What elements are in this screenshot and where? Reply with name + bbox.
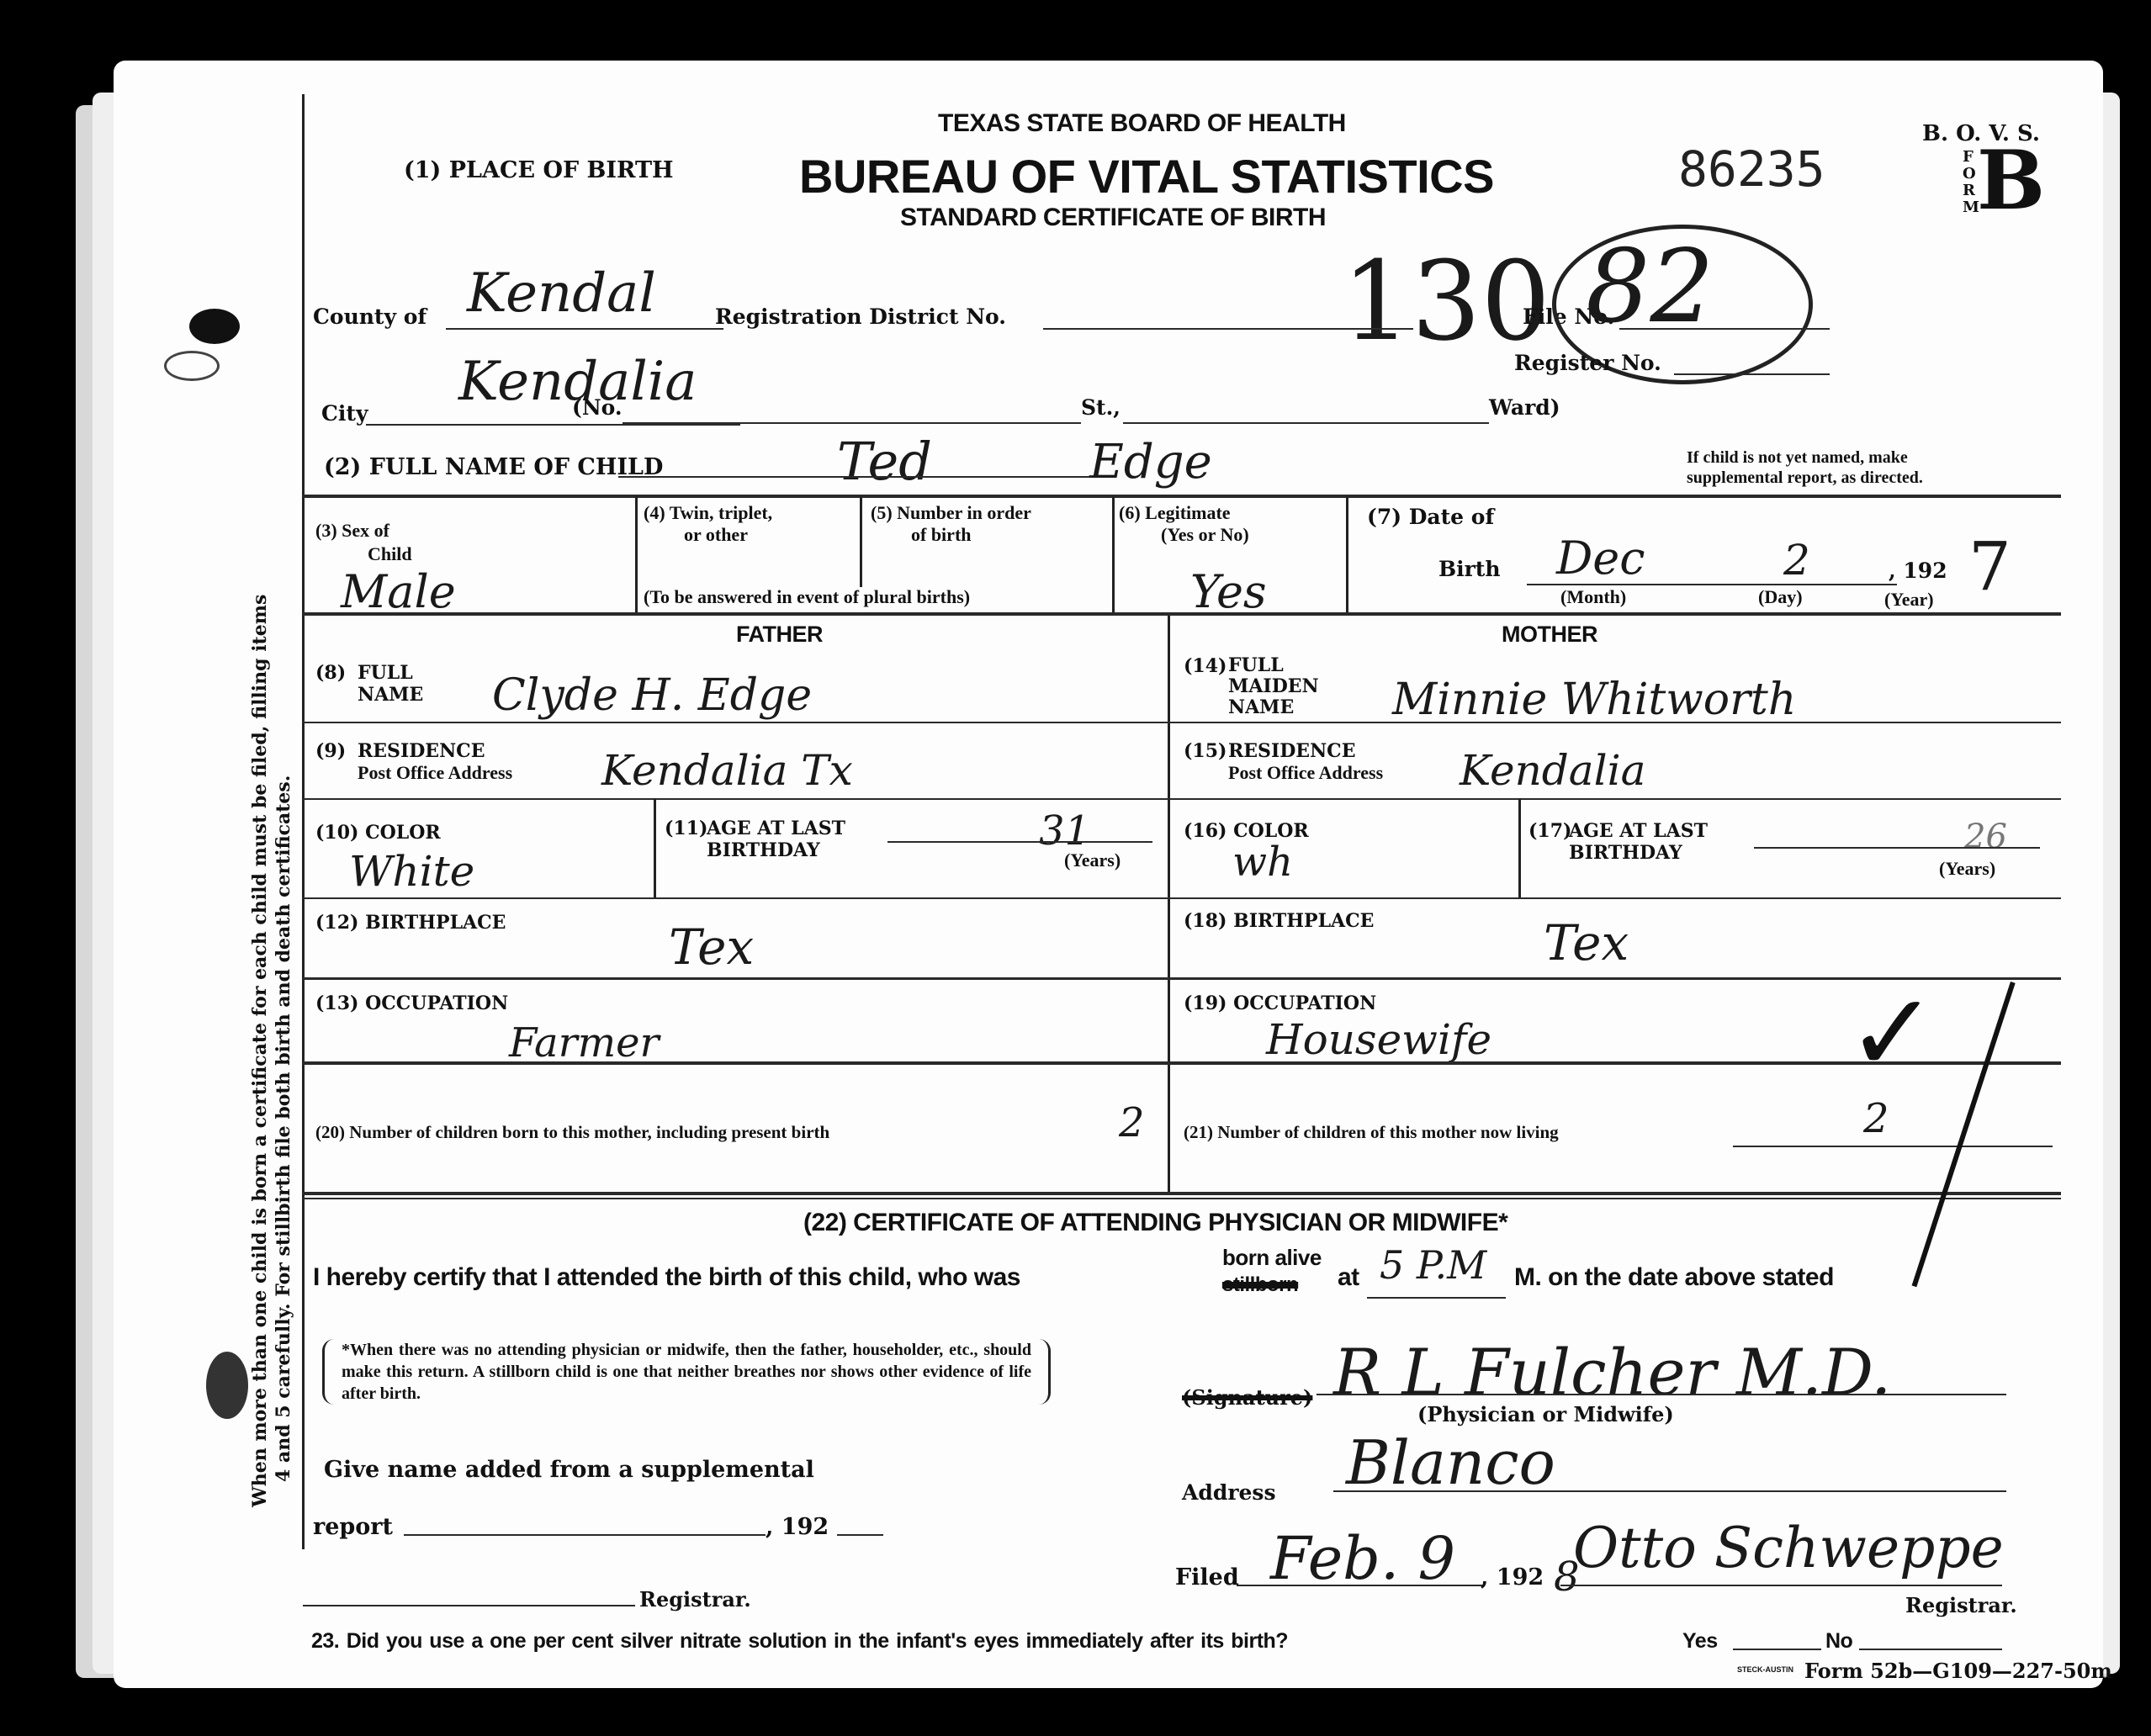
mother-occupation-label: (19) OCCUPATION bbox=[1184, 992, 1376, 1014]
father-occupation-value: Farmer bbox=[509, 1019, 659, 1066]
form-letter: B bbox=[1977, 140, 2045, 221]
certificate-subtitle: STANDARD CERTIFICATE OF BIRTH bbox=[900, 204, 1326, 232]
child-name-note: If child is not yet named, make suppleme… bbox=[1687, 447, 1989, 488]
order-label: (5) Number in order of birth bbox=[871, 502, 1031, 546]
father-res-value: Kendalia Tx bbox=[601, 746, 853, 795]
father-age-value: 31 bbox=[1039, 807, 1090, 855]
father-name-label-line1: FULL bbox=[358, 662, 423, 684]
city-label: City bbox=[321, 401, 368, 426]
father-birthplace-value: Tex bbox=[669, 918, 754, 976]
mother-name-num: (14) bbox=[1184, 655, 1226, 677]
question-23-yes-line bbox=[1733, 1649, 1821, 1650]
children-born-label: (20) Number of children born to this mot… bbox=[315, 1122, 829, 1143]
report-year-line bbox=[837, 1534, 883, 1536]
year-caption: (Year) bbox=[1884, 589, 1934, 611]
certificate-heading: (22) CERTIFICATE OF ATTENDING PHYSICIAN … bbox=[803, 1209, 1507, 1237]
county-label: County of bbox=[313, 304, 426, 329]
mother-res-label-line2: Post Office Address bbox=[1228, 762, 1383, 784]
street-no-line bbox=[623, 422, 1081, 424]
child-first-name: Ted bbox=[837, 431, 932, 492]
mother-name-label: FULL MAIDEN NAME bbox=[1228, 655, 1319, 718]
address-label: Address bbox=[1182, 1480, 1276, 1505]
father-rule-3 bbox=[303, 897, 1169, 899]
father-name-value: Clyde H. Edge bbox=[492, 670, 812, 721]
father-age-label-line2: BIRTHDAY bbox=[707, 839, 845, 861]
child-name-line bbox=[618, 476, 1089, 478]
county-value: Kendal bbox=[467, 262, 656, 325]
district-value: 130 bbox=[1342, 237, 1550, 365]
question-23: 23. Did you use a one per cent silver ni… bbox=[311, 1629, 1288, 1654]
children-rule-2 bbox=[303, 1198, 2061, 1199]
form-vertical-label: FORM bbox=[1963, 149, 1978, 216]
children-born-value: 2 bbox=[1119, 1099, 1145, 1146]
mother-name-label-line3: NAME bbox=[1228, 697, 1319, 718]
divider-4-5 bbox=[860, 496, 862, 587]
dob-birth-label: Birth bbox=[1438, 557, 1501, 581]
registrar-sig-line bbox=[1560, 1585, 2002, 1586]
question-23-yes-label: Yes bbox=[1682, 1629, 1718, 1654]
question-23-no-label: No bbox=[1825, 1629, 1852, 1654]
sex-label-line2: Child bbox=[315, 542, 412, 566]
mother-rule-1 bbox=[1169, 722, 2061, 723]
address-line bbox=[1333, 1490, 2006, 1492]
register-label: Register No. bbox=[1514, 351, 1661, 375]
father-age-label: AGE AT LAST BIRTHDAY bbox=[707, 818, 845, 861]
mother-rule-2 bbox=[1169, 798, 2061, 800]
physician-signature: R L Fulcher M.D. bbox=[1333, 1335, 1891, 1410]
day-caption: (Day) bbox=[1758, 586, 1803, 608]
father-age-num: (11) bbox=[665, 818, 707, 839]
margin-note-line1: When more than one child is born a certi… bbox=[248, 330, 272, 1507]
mother-age-label-line1: AGE AT LAST bbox=[1569, 820, 1708, 842]
father-color-value: White bbox=[349, 847, 474, 896]
children-living-label: (21) Number of children of this mother n… bbox=[1184, 1122, 1559, 1143]
child-last-name: Edge bbox=[1089, 435, 1212, 490]
mother-years-caption: (Years) bbox=[1939, 858, 1995, 880]
registrar-right-label: Registrar. bbox=[1905, 1593, 2017, 1617]
dob-year-prefix: , 192 bbox=[1889, 558, 1947, 583]
divider-5-6 bbox=[1112, 496, 1115, 612]
district-label: Registration District No. bbox=[715, 304, 1006, 329]
signature-label-struck: (Signature) bbox=[1182, 1385, 1312, 1410]
punch-hole-top bbox=[189, 309, 240, 344]
filed-date: Feb. 9 bbox=[1270, 1524, 1455, 1593]
sex-label-line1: (3) Sex of bbox=[315, 519, 412, 542]
twin-label-line1: (4) Twin, triplet, bbox=[644, 502, 772, 524]
father-age-label-line1: AGE AT LAST bbox=[707, 818, 845, 839]
county-line bbox=[446, 328, 723, 330]
father-heading: FATHER bbox=[736, 622, 823, 648]
mother-birthplace-label: (18) BIRTHPLACE bbox=[1184, 910, 1374, 932]
born-alive-option: born alive bbox=[1222, 1245, 1322, 1271]
father-res-num: (9) bbox=[315, 740, 346, 762]
father-rule-1 bbox=[303, 722, 1169, 723]
dob-line bbox=[1527, 584, 1897, 585]
father-name-num: (8) bbox=[315, 662, 346, 684]
ward-label: Ward) bbox=[1489, 395, 1560, 420]
birth-certificate: When more than one child is born a certi… bbox=[114, 61, 2103, 1688]
report-year: , 192 bbox=[766, 1514, 829, 1540]
child-name-label: (2) FULL NAME OF CHILD bbox=[324, 454, 663, 480]
after-time-text: M. on the date above stated bbox=[1514, 1263, 1834, 1292]
legitimate-label-line2: (Yes or No) bbox=[1119, 524, 1249, 546]
stillborn-option-struck: stillborn bbox=[1222, 1273, 1298, 1297]
city-line bbox=[366, 424, 740, 426]
father-name-label: FULL NAME bbox=[358, 662, 423, 706]
mother-occupation-value: Housewife bbox=[1266, 1015, 1491, 1064]
birth-time-value: 5 P.M bbox=[1380, 1242, 1486, 1288]
mother-rule-3 bbox=[1169, 897, 2061, 899]
dob-day: 2 bbox=[1783, 536, 1810, 585]
order-label-line1: (5) Number in order bbox=[871, 502, 1031, 524]
father-res-label-line1: RESIDENCE bbox=[358, 740, 512, 762]
punch-hole-top-outline bbox=[164, 351, 220, 381]
parents-divider bbox=[1168, 616, 1170, 1192]
dob-year-digit: 7 bbox=[1968, 527, 2011, 606]
street-line bbox=[1123, 422, 1489, 424]
register-line bbox=[1674, 373, 1830, 375]
place-of-birth-label: (1) PLACE OF BIRTH bbox=[404, 157, 674, 183]
footnote-box: *When there was no attending physician o… bbox=[322, 1339, 1051, 1405]
divider-3-4 bbox=[635, 496, 638, 612]
children-living-line bbox=[1733, 1146, 2053, 1147]
margin-note: When more than one child is born a certi… bbox=[248, 330, 295, 1507]
filed-label: Filed bbox=[1175, 1564, 1239, 1590]
mother-age-label-line2: BIRTHDAY bbox=[1569, 842, 1708, 864]
at-label: at bbox=[1338, 1263, 1359, 1292]
mother-res-label-line1: RESIDENCE bbox=[1228, 740, 1383, 762]
father-years-caption: (Years) bbox=[1064, 849, 1121, 871]
twin-label: (4) Twin, triplet, or other bbox=[644, 502, 772, 546]
plural-births-note: (To be answered in event of plural birth… bbox=[644, 586, 970, 608]
mother-age-num: (17) bbox=[1528, 820, 1571, 842]
father-rule-4 bbox=[303, 977, 1169, 980]
mother-res-num: (15) bbox=[1184, 740, 1226, 762]
board-title: TEXAS STATE BOARD OF HEALTH bbox=[938, 109, 1346, 138]
street-no-label: (No. bbox=[572, 395, 623, 420]
check-mark: ✓ bbox=[1846, 969, 1938, 1097]
report-line bbox=[404, 1534, 766, 1536]
father-res-label-line2: Post Office Address bbox=[358, 762, 512, 784]
father-color-age-divider bbox=[654, 798, 656, 897]
order-label-line2: of birth bbox=[871, 524, 1031, 546]
supplemental-label: Give name added from a supplemental bbox=[324, 1457, 814, 1483]
mother-age-line bbox=[1754, 847, 2040, 849]
legitimate-label: (6) Legitimate (Yes or No) bbox=[1119, 502, 1249, 546]
certificate-statement: I hereby certify that I attended the bir… bbox=[313, 1263, 1020, 1292]
legitimate-value: Yes bbox=[1190, 565, 1267, 618]
father-birthplace-label: (12) BIRTHPLACE bbox=[315, 912, 506, 934]
registrar-left-label: Registrar. bbox=[639, 1587, 751, 1612]
filed-year-prefix: , 192 bbox=[1481, 1564, 1544, 1590]
month-caption: (Month) bbox=[1560, 586, 1626, 608]
father-name-label-line2: NAME bbox=[358, 684, 423, 706]
street-label: St., bbox=[1081, 395, 1121, 420]
dob-label: (7) Date of bbox=[1367, 505, 1494, 529]
question-23-no-line bbox=[1859, 1649, 2002, 1650]
mother-res-label: RESIDENCE Post Office Address bbox=[1228, 740, 1383, 784]
signature-line bbox=[1317, 1394, 2006, 1395]
legitimate-label-line1: (6) Legitimate bbox=[1119, 502, 1249, 524]
district-line bbox=[1043, 328, 1413, 330]
divider-6-7 bbox=[1346, 496, 1348, 612]
physician-address: Blanco bbox=[1346, 1427, 1555, 1498]
bureau-title: BUREAU OF VITAL STATISTICS bbox=[799, 149, 1494, 204]
mother-name-label-line2: MAIDEN bbox=[1228, 676, 1319, 697]
file-line bbox=[1619, 328, 1830, 330]
table-rule-2 bbox=[303, 612, 2061, 616]
mother-birthplace-value: Tex bbox=[1544, 914, 1629, 971]
father-occupation-label: (13) OCCUPATION bbox=[315, 992, 508, 1014]
mother-heading: MOTHER bbox=[1502, 622, 1597, 648]
footnote-text: *When there was no attending physician o… bbox=[342, 1339, 1031, 1405]
margin-note-line2: 4 and 5 carefully. For stillbirth file b… bbox=[272, 330, 295, 1507]
physician-caption: (Physician or Midwife) bbox=[1417, 1402, 1674, 1426]
twin-label-line2: or other bbox=[644, 524, 772, 546]
father-color-label: (10) COLOR bbox=[315, 822, 441, 844]
mother-age-value: 26 bbox=[1964, 818, 2007, 856]
mother-res-value: Kendalia bbox=[1460, 746, 1645, 795]
punch-hole-bottom bbox=[206, 1352, 248, 1419]
registrar-signature: Otto Schweppe bbox=[1573, 1516, 2004, 1580]
sex-value: Male bbox=[341, 565, 456, 618]
mother-color-value: wh bbox=[1232, 839, 1293, 886]
father-rule-2 bbox=[303, 798, 1169, 800]
dob-month: Dec bbox=[1556, 532, 1645, 585]
filed-line bbox=[1237, 1585, 1485, 1586]
father-res-label: RESIDENCE Post Office Address bbox=[358, 740, 512, 784]
printer-imprint: STECK-AUSTIN bbox=[1737, 1665, 1793, 1674]
left-border-rule bbox=[302, 94, 305, 1549]
certificate-number: 86235 bbox=[1678, 140, 1825, 198]
mother-age-label: AGE AT LAST BIRTHDAY bbox=[1569, 820, 1708, 864]
father-age-line bbox=[887, 841, 1152, 843]
mother-name-value: Minnie Whitworth bbox=[1392, 675, 1796, 725]
report-label: report bbox=[313, 1514, 393, 1540]
sex-label: (3) Sex of Child bbox=[315, 519, 412, 566]
form-code: Form 52b—G109—227-50m bbox=[1804, 1659, 2112, 1683]
occupation-rule bbox=[303, 1061, 2061, 1065]
children-living-value: 2 bbox=[1863, 1095, 1889, 1142]
children-rule bbox=[303, 1192, 2061, 1195]
birth-time-line bbox=[1367, 1297, 1506, 1299]
mother-color-age-divider bbox=[1518, 798, 1521, 897]
registrar-left-line bbox=[303, 1605, 635, 1606]
mother-name-label-line1: FULL bbox=[1228, 655, 1319, 676]
table-rule-1 bbox=[303, 495, 2061, 498]
